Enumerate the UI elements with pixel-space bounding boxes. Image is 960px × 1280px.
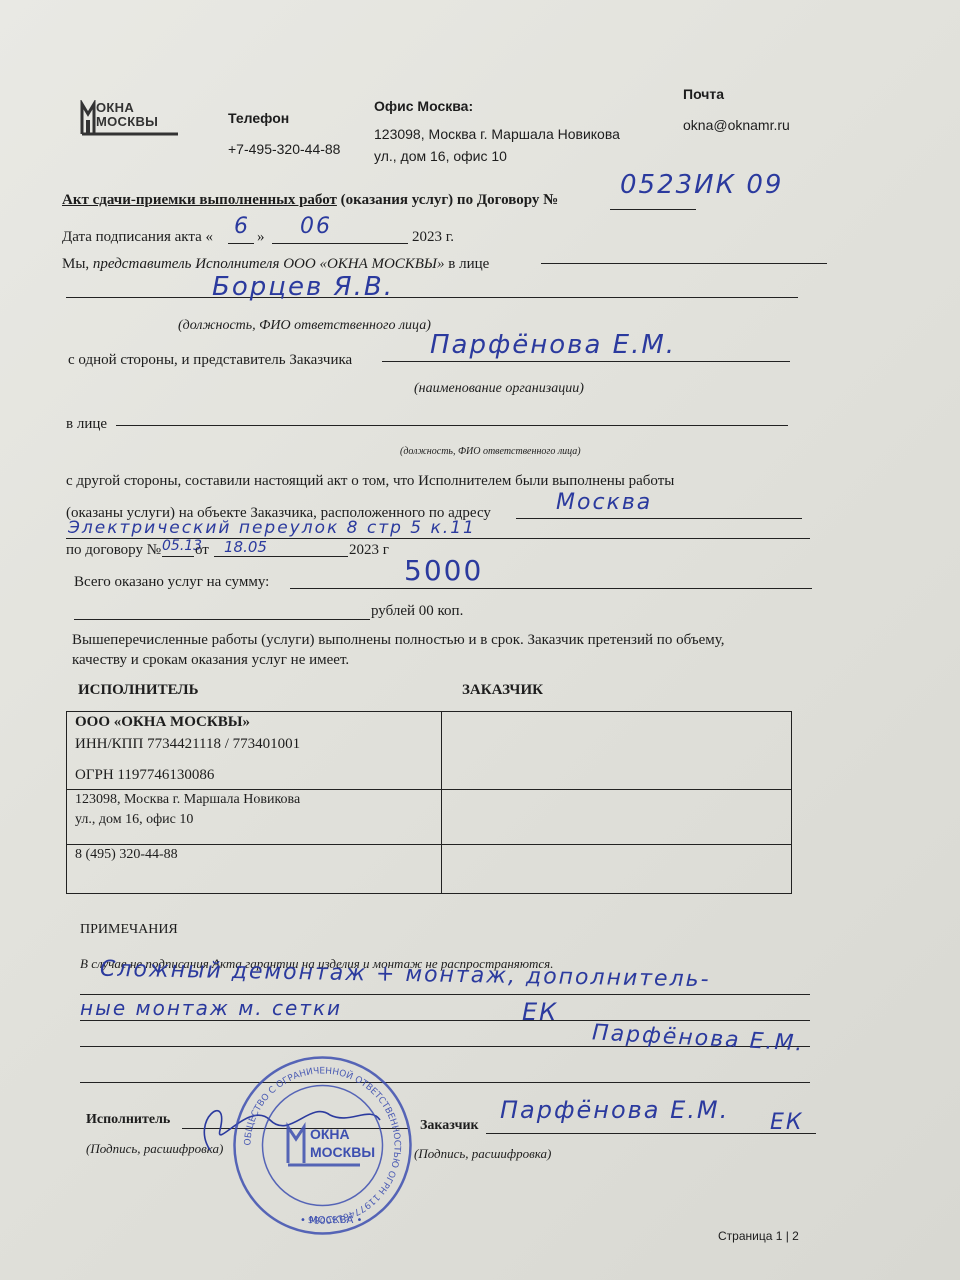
date-month-line — [272, 243, 408, 244]
phone-label: Телефон — [228, 110, 289, 126]
executor-rep-line-1 — [541, 263, 827, 264]
date-quote-close: » — [257, 229, 265, 246]
act-title: Акт сдачи-приемки выполненных работ (ока… — [62, 192, 558, 209]
page-number: Страница 1 | 2 — [718, 1229, 799, 1243]
act-title-rest: (оказания услуг) по Договору № — [337, 192, 558, 208]
date-month-handwritten: 06 — [300, 214, 332, 239]
customer-sign-caption: (Подпись, расшифровка) — [414, 1146, 551, 1162]
logo-line-2: МОСКВЫ — [96, 115, 158, 129]
date-day-handwritten: 6 — [234, 214, 250, 239]
customer-initials-handwritten: ЕК — [770, 1110, 804, 1135]
date-label: Дата подписания акта « — [62, 229, 213, 246]
statement-line-1: Вышеперечисленные работы (услуги) выполн… — [72, 632, 724, 649]
address-street-handwritten: Электрический переулок 8 стр 5 к.11 — [68, 518, 476, 538]
table-row-divider-1 — [67, 789, 791, 790]
notes-handwritten-sign: Парфёнова Е.М. — [591, 1020, 805, 1056]
executor-inn-kpp: ИНН/КПП 7734421118 / 773401001 — [75, 736, 300, 753]
executor-rep-text: Мы, представитель Исполнителя ООО «ОКНА … — [62, 256, 489, 273]
executor-rep-line-2 — [66, 297, 798, 298]
date-year: 2023 г. — [412, 229, 454, 246]
notes-handwritten-line-1: Сложный демонтаж + монтаж, дополнитель- — [100, 957, 711, 993]
statement-line-2: качеству и срокам оказания услуг не имее… — [72, 652, 349, 669]
sum-value-handwritten: 5000 — [404, 554, 483, 587]
contract-ref-from: от — [195, 542, 209, 559]
stamp-center-line-1: ОКНА — [310, 1126, 350, 1142]
in-person-caption: (должность, ФИО ответственного лица) — [400, 446, 581, 457]
executor-address-line-2: ул., дом 16, офис 10 — [75, 812, 193, 828]
executor-company: ООО «ОКНА МОСКВЫ» — [75, 714, 250, 731]
rub-line — [74, 619, 370, 620]
customer-heading: ЗАКАЗЧИК — [462, 682, 543, 699]
requisites-table: ООО «ОКНА МОСКВЫ» ИНН/КПП 7734421118 / 7… — [66, 711, 792, 894]
customer-sign-line — [486, 1133, 816, 1134]
mail-value: okna@oknamr.ru — [683, 117, 790, 133]
office-address-line-2: ул., дом 16, офис 10 — [374, 148, 507, 164]
stamp-center-line-2: МОСКВЫ — [310, 1144, 375, 1160]
office-label: Офис Москва: — [374, 98, 473, 114]
rub-label: рублей 00 коп. — [371, 603, 463, 620]
customer-name-caption: (наименование организации) — [414, 381, 584, 397]
we-suffix: в лице — [445, 256, 490, 272]
notes-heading: ПРИМЕЧАНИЯ — [80, 922, 178, 938]
customer-name-handwritten: Парфёнова Е.М. — [430, 330, 676, 360]
date-day-line — [228, 243, 254, 244]
document-page: ОКНА МОСКВЫ Телефон +7-495-320-44-88 Офи… — [0, 0, 960, 1280]
we-italic: представитель Исполнителя ООО «ОКНА МОСК… — [93, 256, 445, 272]
executor-phone: 8 (495) 320-44-88 — [75, 847, 178, 863]
office-address-line-1: 123098, Москва г. Маршала Новикова — [374, 126, 620, 142]
executor-person-handwritten: Борцев Я.В. — [212, 272, 394, 302]
address-line-1 — [516, 518, 802, 519]
executor-rep-caption: (должность, ФИО ответственного лица) — [178, 318, 431, 334]
company-stamp: ОБЩЕСТВО С ОГРАНИЧЕННОЙ ОТВЕТСТВЕННОСТЬЮ… — [230, 1053, 415, 1238]
table-row-divider-2 — [67, 844, 791, 845]
act-title-main: Акт сдачи-приемки выполненных работ — [62, 192, 337, 208]
contract-ref-prefix: по договору № — [66, 542, 161, 559]
notes-line-1 — [80, 994, 810, 995]
contract-ref-year: 2023 г — [349, 542, 389, 559]
notes-line-2 — [80, 1020, 810, 1021]
address-city-handwritten: Москва — [556, 490, 652, 515]
sum-label: Всего оказано услуг на сумму: — [74, 574, 269, 591]
customer-signature-handwritten: Парфёнова Е.М. — [500, 1096, 729, 1124]
contract-number-handwritten: 0523ИК 09 — [620, 170, 783, 200]
executor-address-line-1: 123098, Москва г. Маршала Новикова — [75, 792, 300, 808]
mail-label: Почта — [683, 86, 724, 102]
phone-value: +7-495-320-44-88 — [228, 141, 340, 157]
customer-rep-label: с одной стороны, и представитель Заказчи… — [68, 352, 352, 369]
contract-number-line — [610, 209, 696, 210]
notes-handwritten-initials: ЕК — [522, 998, 558, 1026]
executor-heading: ИСПОЛНИТЕЛЬ — [78, 682, 199, 699]
logo-line-1: ОКНА — [96, 101, 158, 115]
contract-ref-date-line — [214, 556, 348, 557]
stamp-bottom-text: • МОСКВА • — [300, 1215, 362, 1226]
table-column-divider — [441, 712, 442, 893]
notes-handwritten-line-2: ные монтаж м. сетки — [80, 996, 342, 1020]
contract-ref-no-line — [162, 556, 194, 557]
logo-text: ОКНА МОСКВЫ — [96, 101, 158, 129]
sum-line — [290, 588, 812, 589]
in-person-label: в лице — [66, 416, 107, 433]
other-side-text: с другой стороны, составили настоящий ак… — [66, 473, 674, 490]
contract-ref-date-handwritten: 18.05 — [224, 538, 267, 556]
executor-ogrn: ОГРН 1197746130086 — [75, 767, 214, 784]
customer-name-line — [382, 361, 790, 362]
in-person-line — [116, 425, 788, 426]
executor-sign-label: Исполнитель — [86, 1112, 170, 1128]
we-prefix: Мы, — [62, 256, 93, 272]
customer-sign-label: Заказчик — [420, 1118, 479, 1134]
